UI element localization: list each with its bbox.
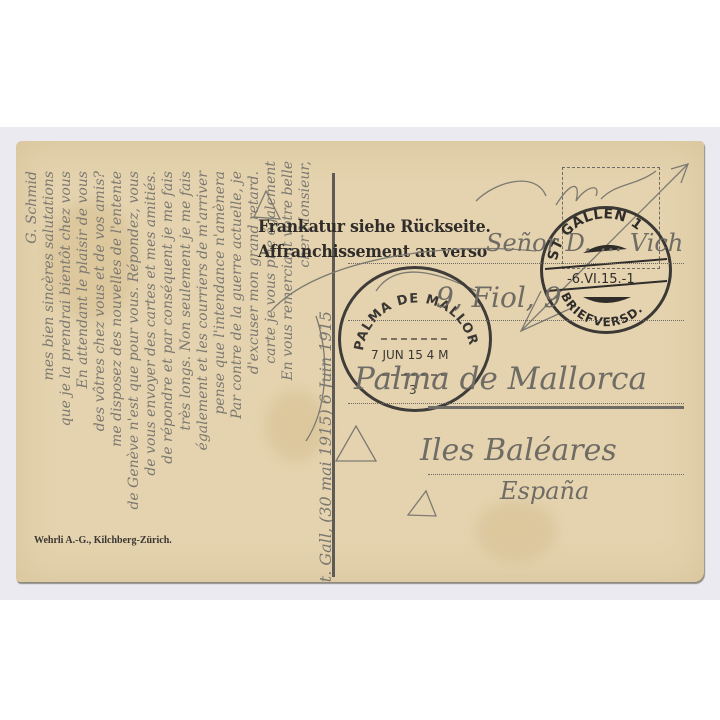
svg-text:BRIEFVERSD.: BRIEFVERSD.	[558, 290, 646, 329]
address-islands: Iles Baléares	[420, 433, 617, 468]
address-recipient: Señor D. ... Vich	[486, 229, 683, 257]
address-city: Palma de Mallorca	[354, 361, 647, 397]
st-gallen-postmark-date: -6.VI.15.-1	[567, 272, 635, 287]
st-gallen-postmark-office: BRIEFVERSD.	[558, 290, 646, 329]
address-line-3-rule	[348, 403, 684, 404]
publisher-imprint: Wehrli A.-G., Kilchberg-Zürich.	[34, 535, 172, 546]
address-street: 9, Fiol, 9	[436, 281, 561, 314]
postcard: cher Monsieur,En vous remerciant votre b…	[16, 141, 704, 582]
address-underline	[428, 406, 684, 409]
st-gallen-postmark: ST GALLEN 1 BRIEFVERSD. -6.VI.15.-1	[540, 206, 672, 334]
palma-postmark-date: 7 JUN 15 4 M	[371, 348, 448, 362]
address-country: España	[500, 477, 589, 505]
address-line-2-rule	[348, 320, 684, 321]
address-line-4-rule	[428, 474, 684, 475]
address-line-1-rule	[348, 263, 684, 264]
